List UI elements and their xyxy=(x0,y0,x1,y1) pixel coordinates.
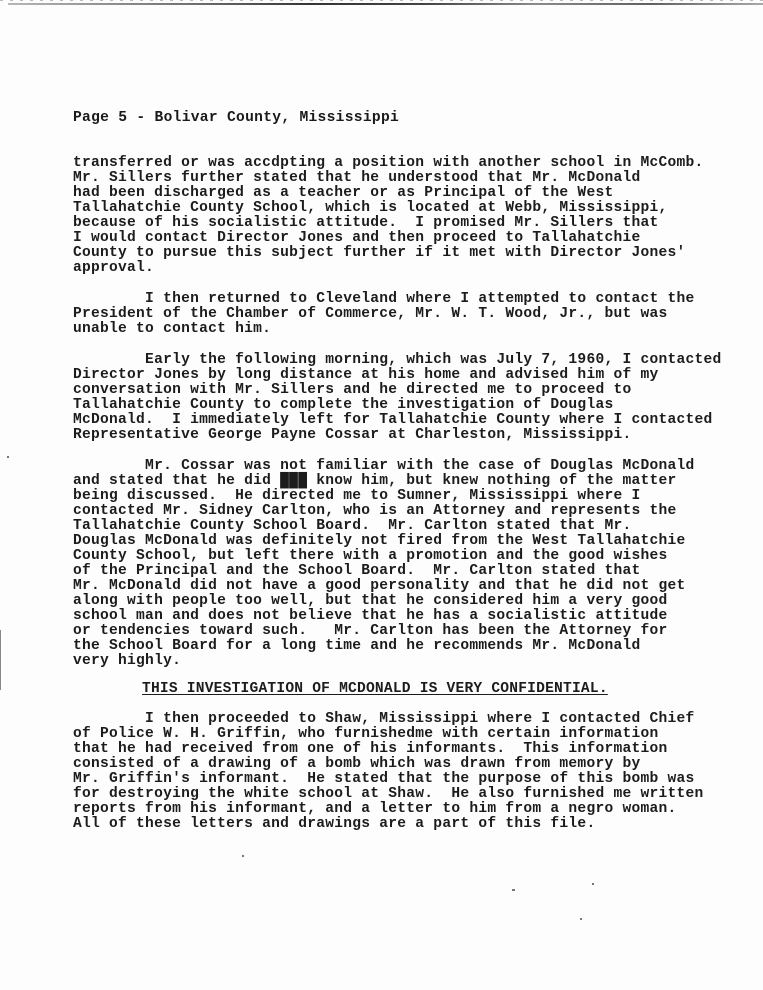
text-line: school man and does not believe that he … xyxy=(73,609,668,624)
text-line: very highly. xyxy=(73,654,181,669)
text-line: for destroying the white school at Shaw.… xyxy=(73,787,704,802)
page-header: Page 5 - Bolivar County, Mississippi xyxy=(73,110,399,126)
text-line: Director Jones by long distance at his h… xyxy=(73,368,659,383)
text-line: Tallahatchie County to complete the inve… xyxy=(73,398,613,413)
text-line: Mr. McDonald did not have a good persona… xyxy=(73,579,686,594)
text-line: Representative George Payne Cossar at Ch… xyxy=(73,428,631,443)
text-line: I then proceeded to Shaw, Mississippi wh… xyxy=(73,712,695,727)
text-line: conversation with Mr. Sillers and he dir… xyxy=(73,383,631,398)
scan-speck xyxy=(242,855,244,857)
text-line: and stated that he did ███ know him, but… xyxy=(73,474,677,489)
text-line: County to pursue this subject further if… xyxy=(73,246,686,261)
scan-speck xyxy=(512,889,515,891)
text-line: President of the Chamber of Commerce, Mr… xyxy=(73,307,668,322)
scan-speck xyxy=(592,883,594,885)
text-line: contacted Mr. Sidney Carlton, who is an … xyxy=(73,504,677,519)
text-line: had been discharged as a teacher or as P… xyxy=(73,186,613,201)
text-line: approval. xyxy=(73,261,154,276)
scan-speck xyxy=(580,918,582,920)
scan-top-border xyxy=(8,3,763,5)
text-line: along with people too well, but that he … xyxy=(73,594,668,609)
text-line: I would contact Director Jones and then … xyxy=(73,231,640,246)
text-line: being discussed. He directed me to Sumne… xyxy=(73,489,640,504)
text-line: Early the following morning, which was J… xyxy=(73,353,722,368)
text-line: McDonald. I immediately left for Tallaha… xyxy=(73,413,713,428)
text-line: Mr. Griffin's informant. He stated that … xyxy=(73,772,695,787)
text-line: reports from his informant, and a letter… xyxy=(73,802,677,817)
text-line: of the Principal and the School Board. M… xyxy=(73,564,640,579)
text-line: consisted of a drawing of a bomb which w… xyxy=(73,757,640,772)
text-line: Tallahatchie County School, which is loc… xyxy=(73,201,668,216)
text-line: of Police W. H. Griffin, who furnishedme… xyxy=(73,727,659,742)
text-line: All of these letters and drawings are a … xyxy=(73,817,595,832)
scan-speck xyxy=(7,456,9,458)
text-line: because of his socialistic attitude. I p… xyxy=(73,216,659,231)
text-line: Mr. Cossar was not familiar with the cas… xyxy=(73,459,695,474)
text-line: Tallahatchie County School Board. Mr. Ca… xyxy=(73,519,631,534)
text-line: I then returned to Cleveland where I att… xyxy=(73,292,695,307)
text-line: that he had received from one of his inf… xyxy=(73,742,668,757)
text-line: or tendencies toward such. Mr. Carlton h… xyxy=(73,624,668,639)
scan-margin-mark xyxy=(0,630,1,690)
text-line: County School, but left there with a pro… xyxy=(73,549,668,564)
text-line: Douglas McDonald was definitely not fire… xyxy=(73,534,686,549)
confidential-heading: THIS INVESTIGATION OF MCDONALD IS VERY C… xyxy=(142,681,608,697)
text-line: Mr. Sillers further stated that he under… xyxy=(73,171,640,186)
text-line: the School Board for a long time and he … xyxy=(73,639,640,654)
text-line: transferred or was accdpting a position … xyxy=(73,156,704,171)
scan-edge-dots xyxy=(0,0,763,1)
text-line: unable to contact him. xyxy=(73,322,271,337)
